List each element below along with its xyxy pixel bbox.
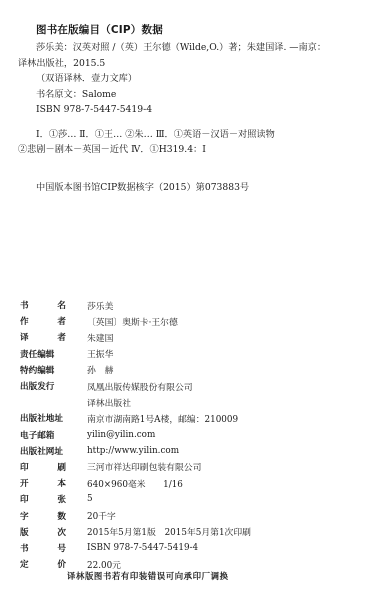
colophon-value: ISBN 978-7-5447-5419-4 — [87, 543, 198, 553]
colophon-label-text: 本 — [57, 477, 66, 489]
colophon-value: 朱建国 — [87, 331, 113, 344]
colophon-label-text: 字 — [20, 510, 29, 522]
colophon-row: 出版社地址南京市湖南路1号A楼，邮编：210009 — [20, 410, 360, 426]
colophon-row: 作者〔英国〕奥斯卡·王尔德 — [20, 313, 360, 329]
colophon-label: 开本 — [20, 477, 66, 489]
colophon-label-text: 版 — [20, 526, 29, 538]
colophon-label-text: 书 — [20, 299, 29, 311]
colophon-label: 书名 — [20, 299, 66, 311]
colophon-label: 版次 — [20, 526, 66, 538]
colophon-label-text: 出版社地址 — [20, 412, 63, 424]
colophon-label: 定价 — [20, 558, 66, 570]
colophon-row: 译林出版社 — [20, 394, 360, 410]
colophon-label-text: 开 — [20, 477, 29, 489]
colophon-row: 译者朱建国 — [20, 329, 360, 345]
colophon-label: 印刷 — [20, 461, 66, 473]
colophon-label: 作者 — [20, 315, 66, 327]
colophon-label-text: 出版发行 — [20, 380, 54, 392]
colophon-label-text: 名 — [57, 299, 66, 311]
colophon-row: 书名莎乐美 — [20, 297, 360, 313]
colophon-label-text: 定 — [20, 558, 29, 570]
colophon-label-text: 译 — [20, 331, 29, 343]
colophon-label-text: 者 — [57, 315, 66, 327]
colophon-value: 南京市湖南路1号A楼，邮编：210009 — [87, 412, 238, 425]
cip-series: （双语译林．壹力文库） — [18, 71, 358, 87]
colophon-label: 出版发行 — [20, 380, 66, 392]
colophon-label: 字数 — [20, 510, 66, 522]
colophon-label-text: 印 — [20, 493, 29, 505]
cip-data-block: 莎乐美：汉英对照 /（英）王尔德（Wilde,O.）著；朱建国译. —南京： 译… — [18, 40, 358, 158]
colophon-label-text: 出版社网址 — [20, 445, 63, 457]
colophon-label: 书号 — [20, 542, 66, 554]
colophon-label-text: 书 — [20, 542, 29, 554]
colophon-row: 电子邮箱yilin@yilin.com — [20, 427, 360, 443]
colophon-value: 王振华 — [87, 347, 113, 360]
colophon-label-text: 号 — [57, 542, 66, 554]
colophon-value: 〔英国〕奥斯卡·王尔德 — [87, 315, 178, 328]
colophon-label-text: 印 — [20, 461, 29, 473]
colophon-row: 出版社网址http://www.yilin.com — [20, 443, 360, 459]
colophon-label-text: 特约编辑 — [20, 364, 54, 376]
colophon-value: 凤凰出版传媒股份有限公司 — [87, 380, 193, 393]
colophon-value: 22.00元 — [87, 558, 121, 571]
colophon-row: 版次2015年5月第1版 2015年5月第1次印刷 — [20, 524, 360, 540]
colophon-row: 出版发行凤凰出版传媒股份有限公司 — [20, 378, 360, 394]
cip-entry-line2: 译林出版社，2015.5 — [18, 56, 358, 72]
colophon-label-text: 张 — [57, 493, 66, 505]
colophon-label-text: 责任编辑 — [20, 348, 54, 360]
colophon-row: 印刷三河市祥达印刷包装有限公司 — [20, 459, 360, 475]
colophon-value: 三河市祥达印刷包装有限公司 — [87, 460, 201, 473]
colophon-label-text: 电子邮箱 — [20, 429, 54, 441]
cip-title: 图书在版编目（CIP）数据 — [36, 22, 163, 37]
cip-isbn: ISBN 978-7-5447-5419-4 — [18, 102, 358, 118]
cip-number: 中国版本图书馆CIP数据核字（2015）第073883号 — [36, 179, 249, 193]
colophon-label-text: 作 — [20, 315, 29, 327]
colophon-row: 特约编辑孙 赫 — [20, 362, 360, 378]
colophon-row: 开本640×960毫米 1/16 — [20, 475, 360, 491]
colophon-label: 特约编辑 — [20, 364, 66, 376]
colophon-label: 出版社地址 — [20, 412, 66, 424]
colophon-value: 640×960毫米 1/16 — [87, 477, 183, 490]
colophon-label: 出版社网址 — [20, 445, 66, 457]
footer-note: 译林版图书若有印装错误可向承印厂调换 — [67, 570, 229, 582]
cip-entry-line1: 莎乐美：汉英对照 /（英）王尔德（Wilde,O.）著；朱建国译. —南京： — [18, 40, 358, 56]
colophon-value: 20千字 — [87, 509, 116, 522]
colophon-value: 2015年5月第1版 2015年5月第1次印刷 — [87, 525, 251, 538]
colophon-value: 译林出版社 — [87, 396, 131, 409]
colophon-label-text: 价 — [57, 558, 66, 570]
colophon-label: 电子邮箱 — [20, 429, 66, 441]
colophon-row: 字数20千字 — [20, 507, 360, 523]
colophon-label: 印张 — [20, 493, 66, 505]
colophon-value: 5 — [87, 494, 93, 504]
colophon-value: 孙 赫 — [87, 363, 113, 376]
colophon-row: 书号ISBN 978-7-5447-5419-4 — [20, 540, 360, 556]
colophon-value: http://www.yilin.com — [87, 446, 179, 456]
colophon-label: 责任编辑 — [20, 348, 66, 360]
colophon-label: 译者 — [20, 331, 66, 343]
colophon-row: 责任编辑王振华 — [20, 346, 360, 362]
colophon-value: 莎乐美 — [87, 299, 113, 312]
colophon-value: yilin@yilin.com — [87, 430, 155, 440]
colophon-table: 书名莎乐美作者〔英国〕奥斯卡·王尔德译者朱建国责任编辑王振华特约编辑孙 赫出版发… — [20, 297, 360, 572]
colophon-label-text: 刷 — [57, 461, 66, 473]
cip-classification-line2: ②悲剧－剧本－英国－近代 Ⅳ．①H319.4：Ⅰ — [18, 142, 358, 158]
colophon-label-text: 者 — [57, 331, 66, 343]
cip-classification-line1: Ⅰ．①莎… Ⅱ．①王… ②朱… Ⅲ．①英语－汉语－对照读物 — [18, 127, 358, 143]
colophon-label-text: 次 — [57, 526, 66, 538]
colophon-label-text: 数 — [57, 510, 66, 522]
cip-original-title: 书名原文：Salome — [18, 87, 358, 103]
colophon-row: 印张5 — [20, 491, 360, 507]
